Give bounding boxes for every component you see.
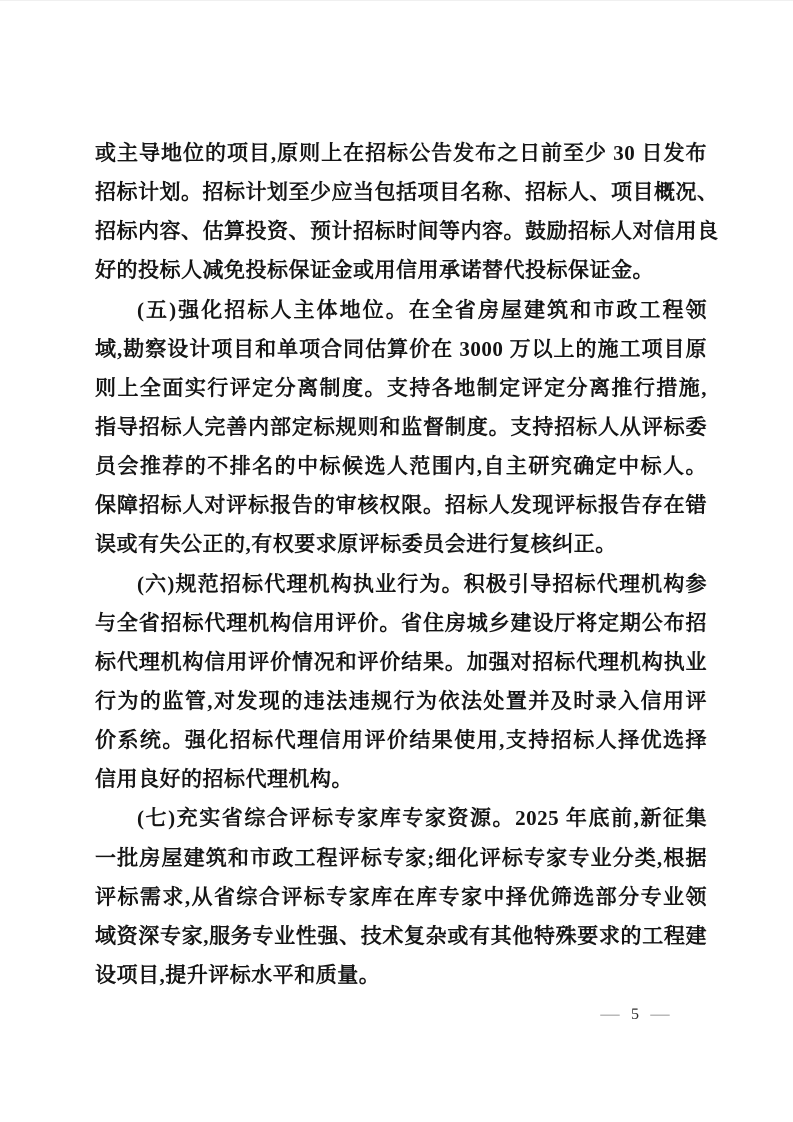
text-line: (六)规范招标代理机构执业行为。积极引导招标代理机构参 bbox=[95, 565, 707, 604]
paragraph: 或主导地位的项目,原则上在招标公告发布之日前至少 30 日发布 招标计划。招标计… bbox=[95, 134, 707, 291]
text-line: 指导招标人完善内部定标规则和监督制度。支持招标人从评标委 bbox=[95, 408, 707, 447]
text-line: 保障招标人对评标报告的审核权限。招标人发现评标报告存在错 bbox=[95, 486, 707, 525]
text-line: 员会推荐的不排名的中标候选人范围内,自主研究确定中标人。 bbox=[95, 447, 707, 486]
text-line: 则上全面实行评定分离制度。支持各地制定评定分离推行措施, bbox=[95, 369, 707, 408]
text-line: 评标需求,从省综合评标专家库在库专家中择优筛选部分专业领 bbox=[95, 878, 707, 917]
paragraph: (七)充实省综合评标专家库专家资源。2025 年底前,新征集 一批房屋建筑和市政… bbox=[95, 799, 707, 995]
text-line: (七)充实省综合评标专家库专家资源。2025 年底前,新征集 bbox=[95, 799, 707, 838]
text-line: 招标内容、估算投资、预计招标时间等内容。鼓励招标人对信用良 bbox=[95, 212, 707, 251]
text-line: 招标计划。招标计划至少应当包括项目名称、招标人、项目概况、 bbox=[95, 173, 707, 212]
paragraph: (五)强化招标人主体地位。在全省房屋建筑和市政工程领 域,勘察设计项目和单项合同… bbox=[95, 291, 707, 565]
paragraph: (六)规范招标代理机构执业行为。积极引导招标代理机构参 与全省招标代理机构信用评… bbox=[95, 565, 707, 800]
text-line: 域资深专家,服务专业性强、技术复杂或有其他特殊要求的工程建 bbox=[95, 917, 707, 956]
text-line: (五)强化招标人主体地位。在全省房屋建筑和市政工程领 bbox=[95, 291, 707, 330]
text-block: 或主导地位的项目,原则上在招标公告发布之日前至少 30 日发布 招标计划。招标计… bbox=[95, 134, 707, 995]
text-line: 好的投标人减免投标保证金或用信用承诺替代投标保证金。 bbox=[95, 251, 707, 290]
footer-rule-left: — bbox=[600, 1006, 619, 1024]
text-line: 信用良好的招标代理机构。 bbox=[95, 760, 707, 799]
page-footer: — 5 — bbox=[602, 1006, 668, 1024]
text-line: 与全省招标代理机构信用评价。省住房城乡建设厅将定期公布招 bbox=[95, 604, 707, 643]
text-line: 误或有失公正的,有权要求原评标委员会进行复核纠正。 bbox=[95, 525, 707, 564]
text-line: 域,勘察设计项目和单项合同估算价在 3000 万以上的施工项目原 bbox=[95, 330, 707, 369]
document-page: 或主导地位的项目,原则上在招标公告发布之日前至少 30 日发布 招标计划。招标计… bbox=[0, 0, 793, 1122]
text-line: 设项目,提升评标水平和质量。 bbox=[95, 956, 707, 995]
text-line: 行为的监管,对发现的违法违规行为依法处置并及时录入信用评 bbox=[95, 682, 707, 721]
text-line: 或主导地位的项目,原则上在招标公告发布之日前至少 30 日发布 bbox=[95, 134, 707, 173]
page-number: 5 bbox=[631, 1006, 639, 1024]
text-line: 价系统。强化招标代理信用评价结果使用,支持招标人择优选择 bbox=[95, 721, 707, 760]
footer-rule-right: — bbox=[650, 1006, 669, 1024]
text-line: 一批房屋建筑和市政工程评标专家;细化评标专家专业分类,根据 bbox=[95, 839, 707, 878]
text-line: 标代理机构信用评价情况和评价结果。加强对招标代理机构执业 bbox=[95, 643, 707, 682]
